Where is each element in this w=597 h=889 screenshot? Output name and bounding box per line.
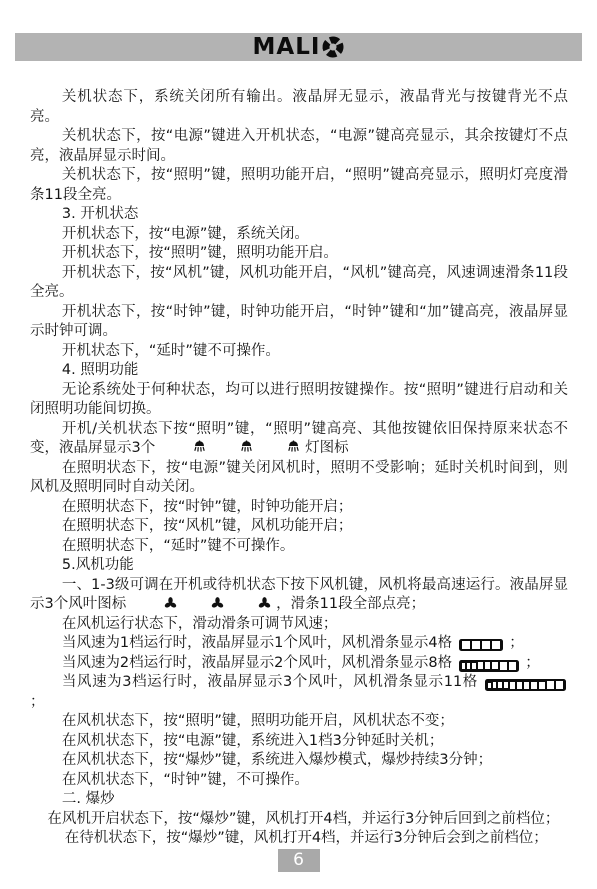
paragraph-text: 二. 爆炒	[62, 791, 115, 807]
fan-slider-icon	[459, 660, 519, 672]
slider-segment	[509, 662, 516, 670]
paragraph-text: 当风速为1档运行时，液晶屏显示1个风叶，风机滑条显示4格	[62, 635, 457, 651]
paragraph: 在风机状态下，按“照明”键，照明功能开启，风机状态不变；	[30, 712, 568, 732]
slider-segment	[472, 641, 480, 649]
paragraph: 开机状态下，按“电源”键，系统关闭。	[30, 225, 568, 245]
slider-segment	[493, 682, 496, 688]
paragraph: 无论系统处于何种状态，均可以进行照明按键操作。按“照明”键进行启动和关闭照明功能…	[30, 381, 568, 420]
paragraph-text: 开机状态下，按“时钟”键，时钟功能开启，“时钟”键和“加”键高亮，液晶屏显示时钟…	[30, 304, 568, 340]
paragraph: 关机状态下，按“电源”键进入开机状态，“电源”键高亮显示，其余按键灯不点亮，液晶…	[30, 127, 568, 166]
paragraph: 在待机状态下，按“爆炒”键，风机打开4档，并运行3分钟后会到之前档位；	[30, 829, 568, 849]
paragraph: 开机/关机状态下按“照明”键，“照明”键高亮、其他按键依旧保持原来状态不变，液晶…	[30, 420, 568, 459]
paragraph-text: 灯图标	[301, 440, 349, 456]
slider-segment	[498, 682, 502, 688]
header-bar: MALI	[15, 33, 582, 61]
slider-segment	[517, 682, 522, 689]
paragraph: 开机状态下，“延时”键不可操作。	[30, 342, 568, 362]
slider-segment	[462, 641, 470, 649]
paragraph-text: ；	[30, 694, 45, 710]
paragraph-text: 在风机状态下，“时钟”键，不可操作。	[62, 772, 309, 788]
slider-segment	[472, 663, 476, 669]
paragraph: 当风速为3档运行时，液晶屏显示3个风叶，风机滑条显示11格 ；	[30, 673, 568, 712]
page-number-badge: 6	[278, 849, 320, 872]
paragraph: 当风速为2档运行时，液晶屏显示2个风叶，风机滑条显示8格 ；	[30, 654, 568, 674]
paragraph-text: 开机状态下，按“照明”键，照明功能开启。	[62, 245, 338, 261]
slider-segment	[531, 682, 537, 689]
fan-blade-icon	[226, 597, 271, 610]
paragraph-text: 开机状态下，按“风机”键，风机功能开启，“风机”键高亮，风速调速滑条11段全亮。	[30, 265, 568, 301]
brand-logo: MALI	[253, 34, 345, 60]
slider-segment	[510, 682, 515, 689]
paragraph-text: 3. 开机状态	[62, 206, 138, 222]
paragraph-text: ，滑条11段全部点亮；	[272, 596, 426, 612]
slider-segment	[504, 682, 508, 688]
slider-segment	[500, 662, 506, 670]
slider-segment	[492, 662, 498, 669]
paragraph-text: 无论系统处于何种状态，均可以进行照明按键操作。按“照明”键进行启动和关闭照明功能…	[30, 382, 568, 418]
lamp-icon	[255, 440, 300, 454]
paragraph: 开机状态下，按“风机”键，风机功能开启，“风机”键高亮，风速调速滑条11段全亮。	[30, 264, 568, 303]
paragraph-text: 开机状态下，按“电源”键，系统关闭。	[62, 226, 309, 242]
brand-text: MALI	[253, 34, 321, 60]
paragraph-text: 在风机状态下，按“爆炒”键，系统进入爆炒模式，爆炒持续3分钟；	[62, 752, 492, 768]
paragraph-text: 当风速为3档运行时，液晶屏显示3个风叶，风机滑条显示11格	[62, 674, 483, 690]
paragraph: 在风机开启状态下，按“爆炒”键，风机打开4档，并运行3分钟后回到之前档位；	[30, 810, 568, 830]
fan-blade-icon	[179, 597, 224, 610]
fan-slider-icon	[485, 679, 566, 691]
paragraph: 3. 开机状态	[30, 205, 568, 225]
page-number: 6	[293, 850, 304, 870]
paragraph: 在照明状态下，按“时钟”键，时钟功能开启；	[30, 498, 568, 518]
paragraph: 一、1-3级可调在开机或待机状态下按下风机键，风机将最高速运行。液晶屏显示3个风…	[30, 576, 568, 615]
slider-segment	[539, 682, 545, 690]
lamp-icon	[208, 440, 253, 454]
paragraph: 5.风机功能	[30, 556, 568, 576]
fan-slider-icon	[459, 639, 503, 651]
paragraph-text: ；	[521, 655, 540, 671]
paragraph-text: 在风机运行状态下，滑动滑条可调节风速；	[62, 616, 338, 632]
paragraph: 在照明状态下，按“风机”键，风机功能开启；	[30, 517, 568, 537]
paragraph: 在照明状态下，“延时”键不可操作。	[30, 537, 568, 557]
paragraph-text: 在风机开启状态下，按“爆炒”键，风机打开4档，并运行3分钟后回到之前档位；	[47, 811, 559, 827]
paragraph-text: 在照明状态下，按“时钟”键，时钟功能开启；	[62, 499, 353, 515]
paragraph-text: ；	[505, 635, 524, 651]
paragraph-text: 在风机状态下，按“照明”键，照明功能开启，风机状态不变；	[62, 713, 454, 729]
fan-blade-icon	[132, 597, 177, 610]
segmented-ring-icon	[322, 36, 344, 58]
slider-segment	[478, 662, 483, 669]
paragraph-text: 在风机状态下，按“电源”键，系统进入1档3分钟延时关机；	[62, 733, 443, 749]
paragraph-text: 关机状态下，按“电源”键进入开机状态，“电源”键高亮显示，其余按键灯不点亮，液晶…	[30, 128, 568, 164]
paragraph-text: 关机状态下，系统关闭所有输出。液晶屏无显示，液晶背光与按键背光不点亮。	[30, 89, 568, 125]
paragraph-text: 关机状态下，按“照明”键，照明功能开启，“照明”键高亮显示，照明灯亮度滑条11段…	[30, 167, 568, 203]
paragraph: 二. 爆炒	[30, 790, 568, 810]
slider-segment	[492, 641, 500, 649]
slider-segment	[556, 681, 563, 689]
slider-segment	[482, 641, 490, 649]
slider-segment	[485, 662, 490, 669]
paragraph: 在风机运行状态下，滑动滑条可调节风速；	[30, 615, 568, 635]
paragraph: 开机状态下，按“时钟”键，时钟功能开启，“时钟”键和“加”键高亮，液晶屏显示时钟…	[30, 303, 568, 342]
document-body: 关机状态下，系统关闭所有输出。液晶屏无显示，液晶背光与按键背光不点亮。关机状态下…	[30, 88, 568, 849]
paragraph-text: 在待机状态下，按“爆炒”键，风机打开4档，并运行3分钟后会到之前档位；	[65, 830, 548, 846]
paragraph-text: 在照明状态下，“延时”键不可操作。	[62, 538, 295, 554]
paragraph: 在照明状态下，按“电源”键关闭风机时，照明不受影响；延时关机时间到，则风机及照明…	[30, 459, 568, 498]
paragraph: 在风机状态下，按“爆炒”键，系统进入爆炒模式，爆炒持续3分钟；	[30, 751, 568, 771]
slider-segment	[488, 683, 491, 689]
paragraph: 在风机状态下，“时钟”键，不可操作。	[30, 771, 568, 791]
paragraph: 在风机状态下，按“电源”键，系统进入1档3分钟延时关机；	[30, 732, 568, 752]
slider-segment	[524, 682, 529, 689]
paragraph-text: 在照明状态下，按“风机”键，风机功能开启；	[62, 518, 353, 534]
paragraph-text: 开机状态下，“延时”键不可操作。	[62, 343, 280, 359]
slider-segment	[547, 681, 554, 689]
paragraph-text: 4. 照明功能	[62, 362, 138, 378]
slider-segment	[467, 663, 471, 669]
lamp-icon	[161, 440, 206, 454]
slider-segment	[462, 663, 465, 669]
paragraph: 4. 照明功能	[30, 361, 568, 381]
paragraph-text: 在照明状态下，按“电源”键关闭风机时，照明不受影响；延时关机时间到，则风机及照明…	[30, 460, 568, 496]
paragraph: 关机状态下，按“照明”键，照明功能开启，“照明”键高亮显示，照明灯亮度滑条11段…	[30, 166, 568, 205]
manual-page: MALI 关机状态下，系统关闭所有输出。液晶屏无显示，液晶背光与按键背光不点亮。…	[0, 0, 597, 889]
paragraph: 开机状态下，按“照明”键，照明功能开启。	[30, 244, 568, 264]
paragraph-text: 5.风机功能	[62, 557, 134, 573]
paragraph-text: 当风速为2档运行时，液晶屏显示2个风叶，风机滑条显示8格	[62, 655, 457, 671]
paragraph: 当风速为1档运行时，液晶屏显示1个风叶，风机滑条显示4格 ；	[30, 634, 568, 654]
paragraph: 关机状态下，系统关闭所有输出。液晶屏无显示，液晶背光与按键背光不点亮。	[30, 88, 568, 127]
